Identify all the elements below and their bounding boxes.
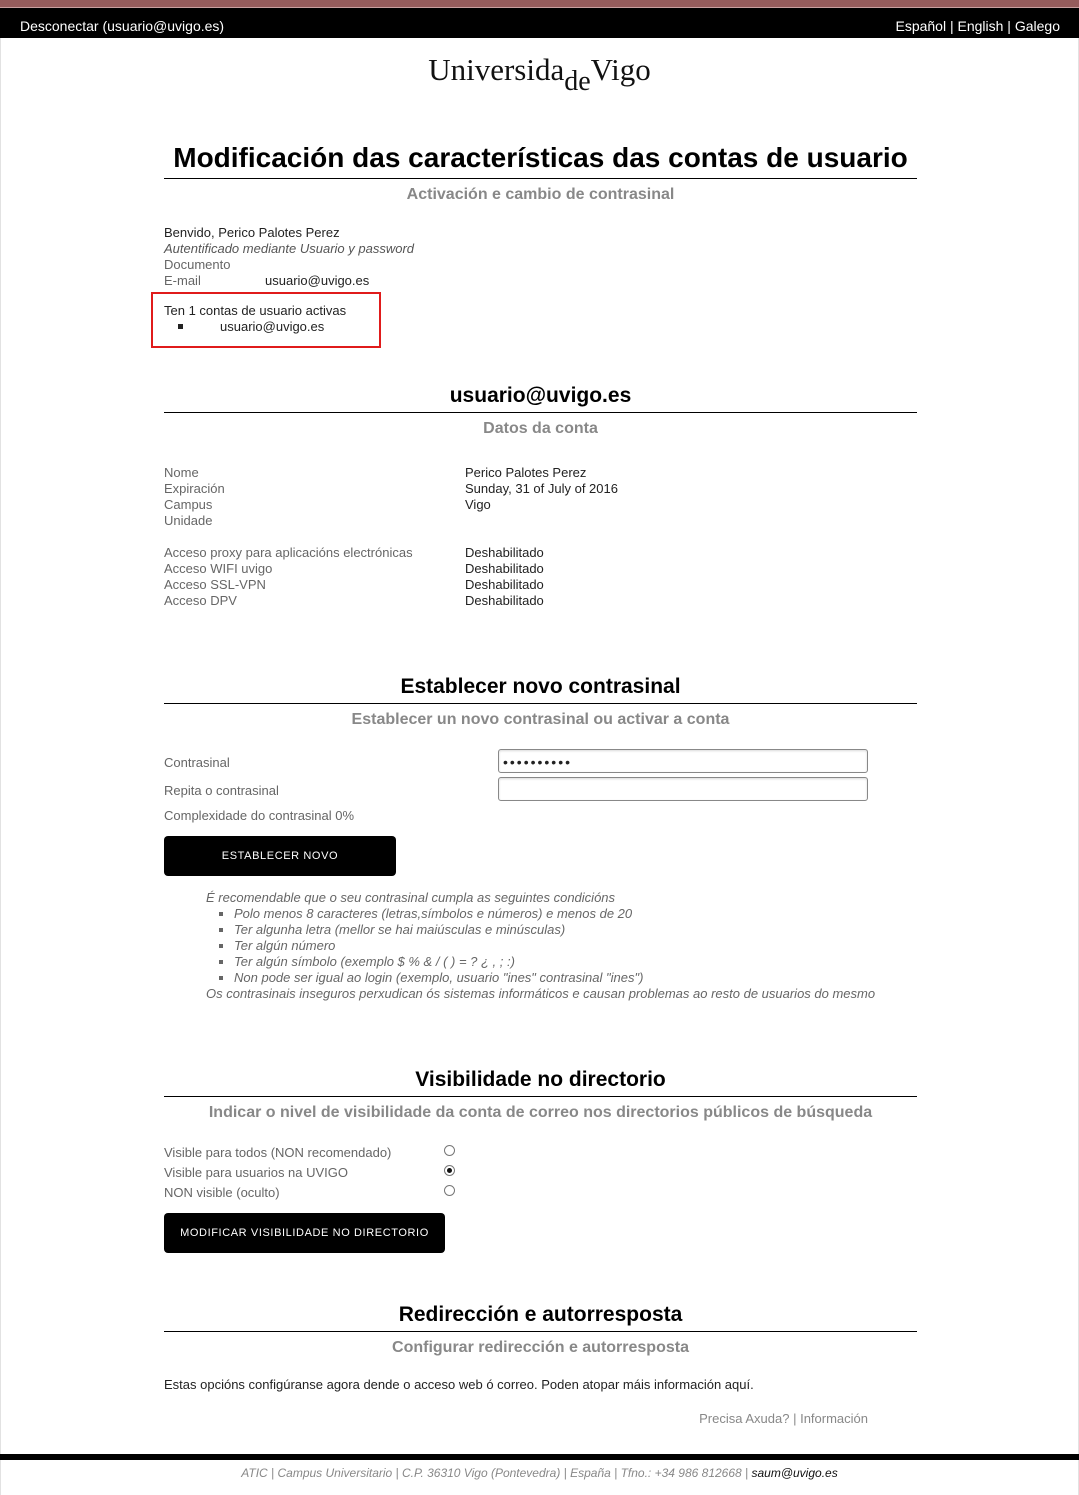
more-info-link[interactable]: aquí (725, 1377, 750, 1392)
auth-method: Autentificado mediante Usuario y passwor… (164, 241, 917, 257)
access-status: Deshabilitado (465, 593, 544, 609)
access-status: Deshabilitado (465, 561, 544, 577)
modify-visibility-button[interactable]: MODIFICAR VISIBILIDADE NO DIRECTORIO (164, 1213, 445, 1253)
document-row: Documento (164, 257, 917, 273)
password-label: Contrasinal (164, 755, 230, 771)
footer-address: ATIC | Campus Universitario | C.P. 36310… (241, 1466, 751, 1480)
tips-list: Polo menos 8 caracteres (letras,símbolos… (206, 906, 906, 986)
account-details: NomePerico Palotes Perez ExpiraciónSunda… (164, 465, 917, 609)
university-logo: UniversidadeVigo (0, 52, 1079, 88)
visibility-option: NON visible (oculto) (164, 1185, 444, 1201)
divider (164, 1331, 917, 1332)
detail-value: Perico Palotes Perez (465, 465, 586, 481)
access-row: Acceso DPVDeshabilitado (164, 593, 917, 609)
redirect-text-part: . (750, 1377, 754, 1392)
lang-galego-link[interactable]: Galego (1015, 18, 1060, 34)
tips-outro: Os contrasinais inseguros perxudican ós … (206, 986, 906, 1002)
divider (164, 703, 917, 704)
password-title: Establecer novo contrasinal (164, 674, 917, 700)
logo-text: Universida (428, 52, 564, 87)
tip-item: Ter algunha letra (mellor se hai maiúscu… (234, 922, 906, 938)
email-value: usuario@uvigo.es (265, 273, 369, 289)
page-header: Modificación das características das con… (164, 141, 917, 204)
detail-label: Unidade (164, 513, 212, 529)
access-row: Acceso WIFI uvigoDeshabilitado (164, 561, 917, 577)
email-row: E-mail usuario@uvigo.es (164, 273, 917, 289)
repeat-label-row: Repita o contrasinal (164, 783, 464, 799)
footer-divider (0, 1454, 1079, 1460)
logo-text-vigo: Vigo (591, 52, 651, 87)
page-subtitle: Activación e cambio de contrasinal (164, 186, 917, 204)
browser-chrome-strip (0, 0, 1079, 8)
password-tips: É recomendable que o seu contrasinal cum… (206, 890, 906, 1002)
repeat-password-input[interactable] (498, 777, 868, 801)
detail-row: Unidade (164, 513, 917, 529)
detail-row: ExpiraciónSunday, 31 of July of 2016 (164, 481, 917, 497)
visibility-option: Visible para todos (NON recomendado) (164, 1145, 444, 1161)
divider (164, 1096, 917, 1097)
repeat-password-label: Repita o contrasinal (164, 783, 279, 799)
detail-row: CampusVigo (164, 497, 917, 513)
visibility-option-label: Visible para todos (NON recomendado) (164, 1145, 391, 1161)
access-row: Acceso proxy para aplicacións electrónic… (164, 545, 917, 561)
set-password-button[interactable]: ESTABLECER NOVO CONTRASINAL (164, 836, 396, 876)
separator: | (946, 18, 957, 34)
redirect-subtitle: Configurar redirección e autorresposta (164, 1339, 917, 1357)
complexity-row: Complexidade do contrasinal 0% (164, 808, 564, 824)
tip-item: Polo menos 8 caracteres (letras,símbolos… (234, 906, 906, 922)
redirect-text-part: Estas opcións configúranse agora dende o (164, 1377, 414, 1392)
help-link[interactable]: Precisa Axuda? (699, 1411, 789, 1426)
access-row: Acceso SSL-VPNDeshabilitado (164, 577, 917, 593)
visibility-subtitle: Indicar o nivel de visibilidade da conta… (164, 1104, 917, 1122)
redirect-text-part: . Poden atopar máis información (534, 1377, 725, 1392)
tips-intro: É recomendable que o seu contrasinal cum… (206, 890, 906, 906)
password-complexity: Complexidade do contrasinal 0% (164, 808, 354, 824)
welcome-greeting: Benvido, Perico Palotes Perez (164, 225, 917, 241)
visibility-option: Visible para usuarios na UVIGO (164, 1165, 444, 1181)
tip-item: Ter algún número (234, 938, 906, 954)
webmail-link[interactable]: acceso web ó correo (414, 1377, 534, 1392)
access-label: Acceso WIFI uvigo (164, 561, 272, 577)
account-subtitle: Datos da conta (164, 420, 917, 438)
highlight-box (151, 292, 381, 348)
password-subtitle: Establecer un novo contrasinal ou activa… (164, 711, 917, 729)
top-bar: Desconectar (usuario@uvigo.es) Español |… (0, 8, 1079, 38)
visibility-option-label: NON visible (oculto) (164, 1185, 280, 1201)
tip-item: Ter algún símbolo (exemplo $ % & / ( ) =… (234, 954, 906, 970)
detail-label: Nome (164, 465, 199, 481)
information-link[interactable]: Información (800, 1411, 868, 1426)
password-label-row: Contrasinal (164, 755, 464, 771)
lang-espanol-link[interactable]: Español (895, 18, 946, 34)
visibility-title: Visibilidade no directorio (164, 1067, 917, 1093)
separator: | (789, 1411, 800, 1426)
redirect-text: Estas opcións configúranse agora dende o… (164, 1377, 924, 1393)
visibility-radio-all[interactable] (444, 1145, 455, 1156)
account-section: usuario@uvigo.es Datos da conta (164, 383, 917, 438)
detail-row: NomePerico Palotes Perez (164, 465, 917, 481)
redirect-title: Redirección e autorresposta (164, 1302, 917, 1328)
page-title: Modificación das características das con… (164, 141, 917, 175)
access-label: Acceso SSL-VPN (164, 577, 266, 593)
visibility-radio-uvigo[interactable] (444, 1165, 455, 1176)
document-label: Documento (164, 257, 230, 273)
lang-english-link[interactable]: English (958, 18, 1004, 34)
detail-value: Vigo (465, 497, 491, 513)
password-section-header: Establecer novo contrasinal Establecer u… (164, 674, 917, 729)
visibility-option-label: Visible para usuarios na UVIGO (164, 1165, 348, 1181)
access-label: Acceso DPV (164, 593, 237, 609)
help-links: Precisa Axuda? | Información (699, 1411, 868, 1427)
detail-value: Sunday, 31 of July of 2016 (465, 481, 618, 497)
logout-link[interactable]: Desconectar (usuario@uvigo.es) (20, 18, 224, 34)
email-label: E-mail (164, 273, 201, 289)
access-status: Deshabilitado (465, 577, 544, 593)
logo-text-de: de (564, 66, 590, 97)
visibility-radio-hidden[interactable] (444, 1185, 455, 1196)
visibility-section-header: Visibilidade no directorio Indicar o niv… (164, 1067, 917, 1122)
footer-email-link[interactable]: saum@uvigo.es (751, 1466, 837, 1480)
divider (164, 412, 917, 413)
language-selector: Español | English | Galego (895, 18, 1060, 34)
access-label: Acceso proxy para aplicacións electrónic… (164, 545, 413, 561)
divider (164, 178, 917, 179)
account-title: usuario@uvigo.es (164, 383, 917, 409)
separator: | (1003, 18, 1014, 34)
tip-item: Non pode ser igual ao login (exemplo, us… (234, 970, 906, 986)
access-status: Deshabilitado (465, 545, 544, 561)
footer: ATIC | Campus Universitario | C.P. 36310… (0, 1466, 1079, 1480)
redirect-section-header: Redirección e autorresposta Configurar r… (164, 1302, 917, 1357)
detail-label: Expiración (164, 481, 225, 497)
detail-label: Campus (164, 497, 212, 513)
password-input[interactable]: •••••••••• (498, 749, 868, 773)
